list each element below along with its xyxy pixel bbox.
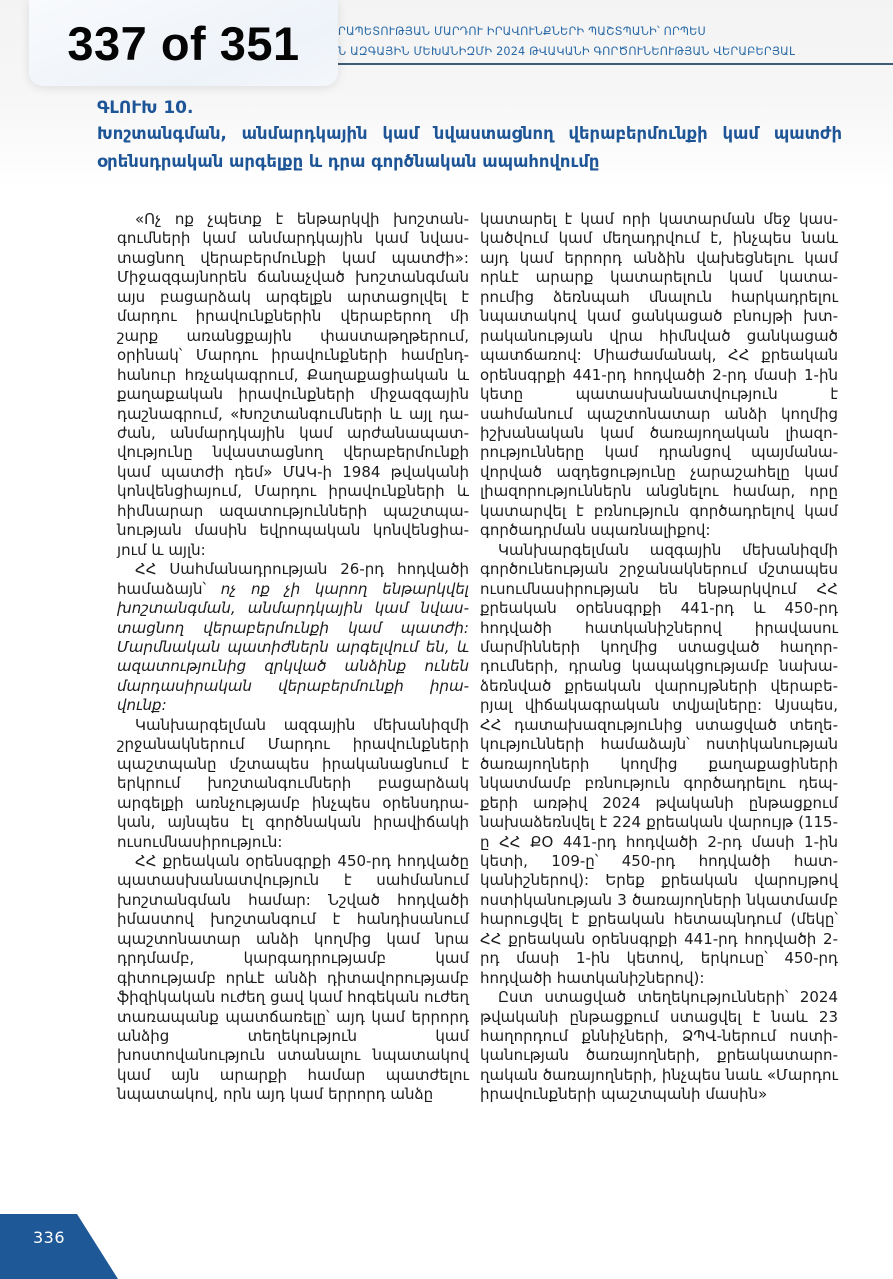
header-divider (338, 63, 893, 65)
paragraph-continued: կատարել է կամ որի կատարման մեջ կաս­կածվո… (480, 210, 838, 541)
chapter-title: Խոշտանգման, անմարդկային կամ նվաստացնող վ… (97, 120, 842, 176)
paragraph: «Ոչ ոք չպետք է ենթարկվի խոշտան­գումների … (117, 210, 469, 560)
page-number: 336 (33, 1228, 83, 1247)
running-header-line-2: Ն ԱԶԳԱՅԻՆ ՄԵԽԱՆԻԶՄԻ 2024 ԹՎԱԿԱՆԻ ԳՈՐԾՈՒՆ… (338, 42, 893, 62)
paragraph: ՀՀ քրեական օրենսգրքի 450-րդ հոդ­վածը պատ… (117, 852, 469, 1105)
page-counter-label: 337 of 351 (67, 16, 299, 71)
paragraph: Կանխարգելման ազգային մեխանիզ­մի շրջանակն… (117, 716, 469, 852)
paragraph-constitution: ՀՀ Սահմանադրության 26-րդ հոդվա­ծի համաձա… (117, 560, 469, 716)
paragraph: Ըստ ստացված տեղեկությունների՝ 2024 թվակա… (480, 988, 838, 1105)
chapter-number: ԳԼՈՒԽ 10. (97, 96, 842, 120)
running-header: ՐԱՊԵՏՈՒԹՅԱՆ ՄԱՐԴՈՒ ԻՐԱՎՈՒՆՔՆԵՐԻ ՊԱՇՏՊԱՆԻ… (338, 22, 893, 62)
paragraph: Կանխարգելման ազգային մեխանիզմի գործունեո… (480, 541, 838, 988)
right-column: կատարել է կամ որի կատարման մեջ կաս­կածվո… (480, 210, 838, 1105)
constitution-quote: ոչ ոք չի կարող ենթարկվել խոշտանգման, անմ… (117, 580, 469, 715)
chapter-heading: ԳԼՈՒԽ 10. Խոշտանգման, անմարդկային կամ նվ… (97, 96, 842, 176)
left-column: «Ոչ ոք չպետք է ենթարկվի խոշտան­գումների … (117, 210, 469, 1105)
page-counter-overlay: 337 of 351 (29, 0, 338, 86)
running-header-line-1: ՐԱՊԵՏՈՒԹՅԱՆ ՄԱՐԴՈՒ ԻՐԱՎՈՒՆՔՆԵՐԻ ՊԱՇՏՊԱՆԻ… (338, 22, 893, 42)
